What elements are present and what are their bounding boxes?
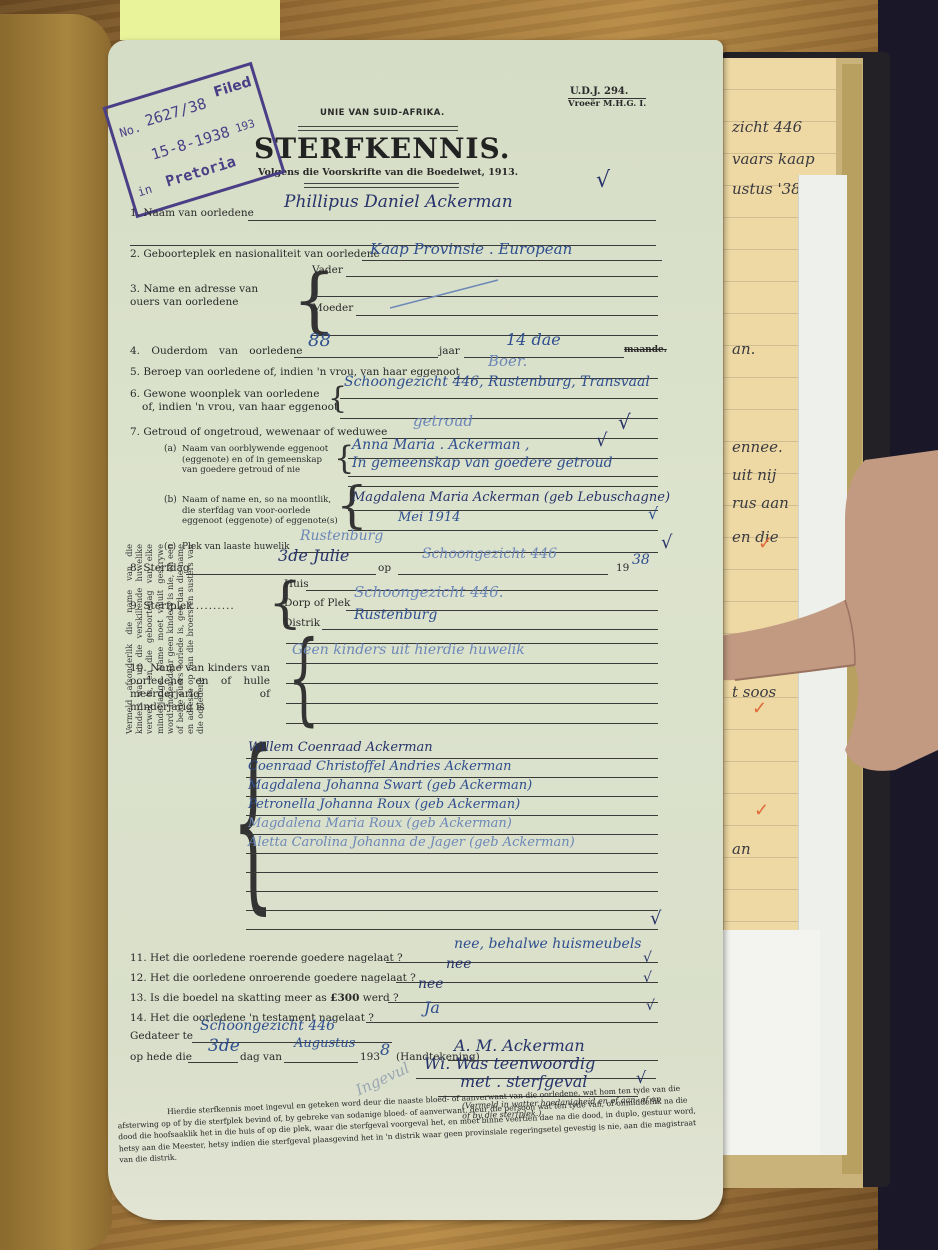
line (348, 510, 658, 511)
line (348, 486, 658, 487)
check-icon: √ (596, 168, 610, 193)
line (284, 1062, 358, 1063)
orange-check-icon: ✓ (754, 800, 769, 821)
field-12-label: 12. Het die oorledene onroerende goedere… (130, 972, 416, 984)
dated-on-day: 3de (208, 1036, 240, 1056)
children-instructions: Vermeld afsonderlik die name van die kin… (124, 544, 244, 734)
line (362, 260, 662, 261)
brace: { (336, 480, 368, 530)
line (356, 315, 658, 316)
dated-at-value: Schoongezicht 446 (200, 1018, 335, 1034)
death-notice-form: UNIE VAN SUID-AFRIKA. U.D.J. 294. Vroeër… (108, 40, 723, 1220)
field-7b-label: Naam of name en, so na moontlik, die ste… (182, 495, 338, 527)
child-name: Aletta Carolina Johanna de Jager (geb Ac… (248, 835, 575, 850)
years-label: jaar (439, 345, 460, 357)
line (294, 357, 438, 358)
child-name: Willem Coenraad Ackerman (248, 740, 433, 755)
field-7-value: getroud (413, 412, 473, 430)
hand (695, 450, 938, 780)
field-7a-label: Naam van oorblywende eggenoot (eggenote)… (182, 444, 334, 476)
field-7b-value-1: Magdalena Maria Ackerman (geb Lebuschagn… (352, 490, 670, 505)
dated-on-month: Augustus (294, 1036, 355, 1051)
double-rule (298, 126, 458, 131)
dated-at-label: Gedateer te (130, 1030, 193, 1042)
vader-label: Vader (312, 264, 343, 276)
check-icon: √ (661, 532, 672, 553)
field-4-years: 88 (308, 330, 331, 351)
field-8-place: Schoongezicht 446 (422, 546, 557, 562)
dated-year-prefix: 193 (360, 1051, 380, 1063)
dag-van-label: dag van (240, 1051, 282, 1063)
form-subtitle: Volgens die Voorskrifte van die Boedelwe… (258, 167, 518, 178)
double-rule (304, 183, 459, 188)
child-name: Magdalena Maria Roux (geb Ackerman) (248, 816, 512, 831)
stamp-year: 193 (234, 117, 257, 135)
header-country: UNIE VAN SUID-AFRIKA. (320, 108, 445, 118)
field-13-value: nee (418, 976, 444, 992)
field-7a-value-2: In gemeenskap van goedere getroud (352, 455, 613, 471)
line (348, 476, 658, 477)
field-4-label: 4. Ouderdom van oorledene (130, 345, 302, 357)
line (246, 910, 658, 911)
child-name: Coenraad Christoffel Andries Ackerman (248, 759, 511, 774)
left-book-page (0, 14, 112, 1250)
child-name: Magdalena Johanna Swart (geb Ackerman) (248, 778, 532, 793)
dated-on-year: 8 (380, 1040, 390, 1059)
line (248, 220, 656, 221)
field-8-year: 38 (632, 552, 650, 568)
field-6-label-1: 6. Gewone woonplek van oorledene (130, 388, 319, 400)
check-icon: √ (618, 410, 631, 434)
field-7b-value-2: Mei 1914 (398, 510, 460, 525)
field-2-label: 2. Geboorteplek en nasionaliteit van oor… (130, 248, 380, 260)
field-1-value: Phillipus Daniel Ackerman (284, 192, 513, 212)
stamp-number: 2627/38 (143, 94, 209, 130)
check-icon: √ (650, 908, 661, 929)
dorp-label: Dorp of Plek (284, 597, 350, 609)
line (286, 723, 658, 724)
field-3-label: 3. Name en adresse van ouers van oorlede… (130, 283, 290, 309)
stamp-no-label: No. (118, 120, 143, 140)
line (398, 574, 608, 575)
field-14-value: Ja (424, 998, 440, 1017)
check-icon: √ (596, 430, 607, 451)
line (246, 872, 658, 873)
check-icon: √ (648, 504, 658, 523)
stamp-in-label: in (136, 182, 154, 200)
field-8-day: 3de Julie (278, 546, 349, 565)
sticky-note (120, 0, 280, 40)
field-11-label: 11. Het die oorledene roerende goedere n… (130, 952, 403, 964)
signature-line-2: Wi. Was teenwoordig (424, 1054, 595, 1073)
filed-stamp: No. 2627/38 Filed 15-8-1938 in Pretoria … (102, 62, 285, 219)
stamp-filed: Filed (212, 74, 254, 101)
check-icon: √ (646, 998, 655, 1014)
line (340, 418, 658, 419)
form-title: STERFKENNIS. (254, 132, 510, 165)
check-icon: √ (643, 970, 652, 986)
dated-on-label: op hede die (130, 1051, 192, 1063)
line (286, 683, 658, 684)
line (188, 1062, 238, 1063)
signature-line-1: A. M. Ackerman (454, 1036, 585, 1055)
footer-instructions: Hierdie sterfkennis moet ingevul en gete… (117, 1082, 709, 1166)
year-prefix: 19 (616, 562, 629, 574)
line (340, 398, 658, 399)
field-9-distrik: Rustenburg (354, 607, 437, 623)
letter-line: an (732, 840, 751, 858)
field-6-label-2: of, indien 'n vrou, van haar eggenoot (142, 401, 338, 413)
field-7a-value-1: Anna Maria . Ackerman , (352, 437, 529, 453)
field-7-label: 7. Getroud of ongetroud, wewenaar of wed… (130, 426, 387, 438)
line (312, 335, 658, 336)
field-10-value: Geen kinders uit hierdie huwelik (292, 642, 525, 658)
line (346, 276, 658, 277)
months-label: maande. (624, 345, 667, 355)
field-7c-value: Rustenburg (300, 528, 383, 544)
field-6-value: Schoongezicht 446, Rustenburg, Transvaal (344, 374, 650, 390)
field-2-value: Kaap Provinsie . European (370, 240, 572, 258)
field-9-dorp: Schoongezicht 446. (354, 583, 504, 601)
field-13-label: 13. Is die boedel na skatting meer as £3… (130, 992, 399, 1004)
white-sheet-bottom (720, 930, 820, 1155)
line (322, 629, 658, 630)
field-5-value: Boer. (488, 352, 527, 370)
line (246, 929, 658, 930)
pencil-initials: Ingevul (353, 1059, 412, 1099)
form-code-prev: Vroeër M.H.G. I. (568, 98, 646, 109)
field-13-amount: £300 (330, 992, 359, 1004)
line (246, 853, 658, 854)
huis-label: Huis (284, 578, 309, 590)
field-12-value: nee (446, 956, 472, 972)
field-4-days: 14 dae (506, 330, 561, 349)
form-code: U.D.J. 294. (570, 86, 628, 97)
line (348, 530, 658, 531)
field-7a-marker: (a) (164, 444, 176, 454)
field-13-label-pre: 13. Is die boedel na skatting meer as (130, 992, 330, 1004)
child-name: Petronella Johanna Roux (geb Ackerman) (248, 797, 520, 812)
field-11-value: nee, behalwe huismeubels (454, 936, 641, 952)
letter-line: zicht 446 (732, 118, 802, 136)
moeder-label: Moeder (312, 302, 353, 314)
check-icon: √ (643, 950, 652, 966)
stamp-place: Pretoria (163, 152, 237, 190)
line (366, 1022, 658, 1023)
line (286, 663, 658, 664)
line (246, 891, 658, 892)
op-label: op (378, 562, 391, 574)
letter-line: an. (732, 340, 755, 358)
field-7b-marker: (b) (164, 495, 177, 505)
strike-line (390, 278, 500, 310)
line (286, 703, 658, 704)
letter-line: ustus '38. (732, 180, 806, 198)
field-1-label: 1. Naam van oorledene (130, 207, 254, 219)
letter-line: vaars kaap (732, 150, 815, 168)
line (386, 962, 658, 963)
